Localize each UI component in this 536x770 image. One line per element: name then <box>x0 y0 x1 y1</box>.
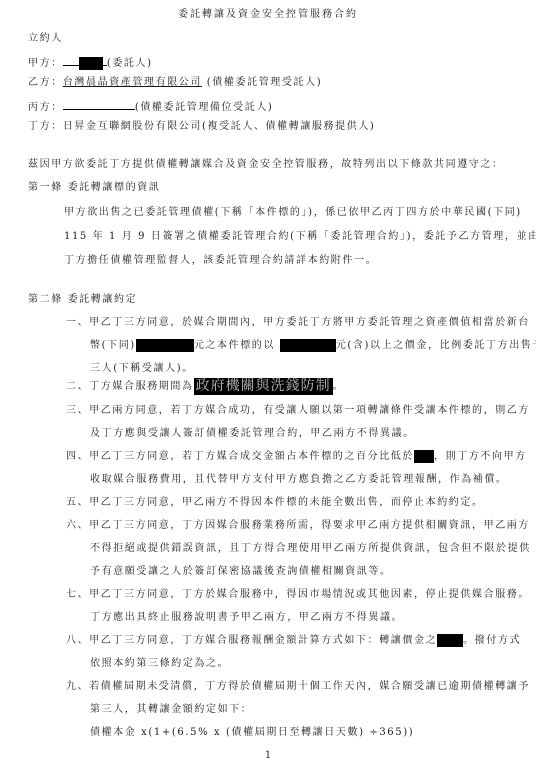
item1-line: 一、甲乙丁三方同意，於媒合期間內，甲方委託丁方將甲方委託管理之資產價值相當於新台 <box>66 316 530 330</box>
item6-line: 不得拒絕或提供錯誤資訊，且丁方得合理使用甲乙兩方所提供資訊，包含但不限於提供 <box>90 542 531 556</box>
item8-line: 八、甲乙丁三方同意，丁方媒合服務報酬金額計算方式如下：轉讓價金之。撥付方式 <box>66 634 521 648</box>
item7-line: 丁方應出具終止服務說明書予甲乙兩方，甲乙兩方不得異議。 <box>90 611 403 625</box>
document-page: 委託轉讓及資金安全控管服務合約 立約人 甲方：(委託人) 乙方：台灣晨晶資產管理… <box>0 0 536 770</box>
party-c-label: 丙方： <box>28 102 63 113</box>
item9-line: 第三人，其轉讓金額約定如下： <box>90 703 252 717</box>
item6-line: 予有意願受讓之人於簽訂保密協議後查詢債權相關資訊等。 <box>90 565 392 579</box>
article1-heading: 第一條 委託轉讓標的資訊 <box>28 181 160 195</box>
redaction-box <box>79 57 103 70</box>
item1-line: 三人(下稱受讓人)。 <box>90 362 194 376</box>
party-c-blank <box>63 98 135 110</box>
party-b-label: 乙方： <box>28 77 63 88</box>
preamble: 茲因甲方欲委託丁方提供債權轉讓媒合及資金安全控管服務，故特列出以下條款共同遵守之… <box>28 158 504 172</box>
redaction-box <box>437 634 463 647</box>
item4-text: 四、甲乙丁三方同意，若丁方媒合成交金額占本件標的之百分比低於 <box>66 451 414 462</box>
party-a: 甲方：(委託人) <box>28 54 153 71</box>
item2-text: 。 <box>333 381 345 392</box>
redaction-box <box>280 339 336 352</box>
article1-line: 115 年 1 月 9 日簽署之債權委託管理合約(下稱「委託管理合約」)，委託予… <box>64 230 536 244</box>
party-d-name-role: 日昇金互聯網股份有限公司(複受託人、債權轉讓服務提供人) <box>63 121 376 132</box>
item2-text: 二、丁方媒合服務期間為 <box>66 381 194 392</box>
item8-text: 。撥付方式 <box>463 635 521 646</box>
party-c: 丙方：(債權委託管理備位受託人) <box>28 98 273 115</box>
item1-line: 幣(下同)元之本件標的以 元(含)以上之價金，比例委託丁方出售予第 <box>90 339 536 353</box>
redaction-box <box>414 450 434 463</box>
item1-text: 幣(下同) <box>90 340 136 351</box>
item4-line: 四、甲乙丁三方同意，若丁方媒合成交金額占本件標的之百分比低於，則丁方不向甲方 <box>66 450 527 464</box>
redaction-box <box>136 339 194 352</box>
party-b-name: 台灣晨晶資產管理有限公司 <box>63 77 202 88</box>
item4-line: 收取媒合服務費用，且代替甲方支付甲方應負擔之乙方委託管理報酬，作為補償。 <box>90 473 508 487</box>
party-b: 乙方：台灣晨晶資產管理有限公司 (債權委託管理受託人) <box>28 76 322 90</box>
item8-text: 八、甲乙丁三方同意，丁方媒合服務報酬金額計算方式如下：轉讓價金之 <box>66 635 437 646</box>
article2-heading: 第二條 委託轉讓約定 <box>28 293 137 307</box>
party-d-label: 丁方： <box>28 121 63 132</box>
item1-text: 元之本件標的以 <box>194 340 275 351</box>
item2-line: 二、丁方媒合服務期間為政府機關與洗錢防制。 <box>66 378 344 395</box>
item1-text: 元(含)以上之價金，比例委託丁方出售予第 <box>336 340 536 351</box>
watermark-stamp: 政府機關與洗錢防制 <box>194 378 333 395</box>
parties-heading: 立約人 <box>28 32 63 46</box>
party-a-role: (委託人) <box>107 58 153 69</box>
item5-line: 五、甲乙丁三方同意，甲乙兩方不得因本件標的未能全數出售，而停止本約約定。 <box>66 496 484 510</box>
item6-line: 六、甲乙丁三方同意，丁方因媒合服務業務所需，得要求甲乙兩方提供相關資訊，甲乙兩方 <box>66 519 530 533</box>
item8-line: 依照本約第三條約定為之。 <box>90 657 229 671</box>
item9-line: 九、若債權屆期未受清償，丁方得於債權屆期十個工作天內，媒合願受讓已逾期債權轉讓予 <box>66 680 530 694</box>
article1-line: 甲方欲出售之已委託管理債權(下稱「本件標的」)，係已依甲乙丙丁四方於中華民國(下… <box>64 206 522 220</box>
party-d: 丁方：日昇金互聯網股份有限公司(複受託人、債權轉讓服務提供人) <box>28 120 375 134</box>
page-number: 1 <box>0 749 536 763</box>
item3-line: 三、甲乙兩方同意，若丁方媒合成功，有受讓人願以第一項轉讓條件受讓本件標的，則乙方 <box>66 404 530 418</box>
party-a-blank <box>63 54 79 66</box>
item7-line: 七、甲乙丁三方同意，丁方於媒合服務中，得因市場情況或其他因素，停止提供媒合服務。 <box>66 588 530 602</box>
document-title: 委託轉讓及資金安全控管服務合約 <box>0 8 536 22</box>
item3-line: 及丁方應與受讓人簽訂債權委託管理合約，甲乙兩方不得異議。 <box>90 427 415 441</box>
party-b-role: (債權委託管理受託人) <box>207 77 322 88</box>
article1-line: 丁方擔任債權管理監督人，該委託管理合約請詳本約附件一。 <box>64 254 377 268</box>
item4-text: ，則丁方不向甲方 <box>434 451 527 462</box>
party-a-label: 甲方： <box>28 58 63 69</box>
party-c-role: (債權委託管理備位受託人) <box>135 102 274 113</box>
transfer-formula: 債權本金 x(1+(6.5% x (債權屆期日至轉讓日天數) ÷365)) <box>90 726 414 740</box>
